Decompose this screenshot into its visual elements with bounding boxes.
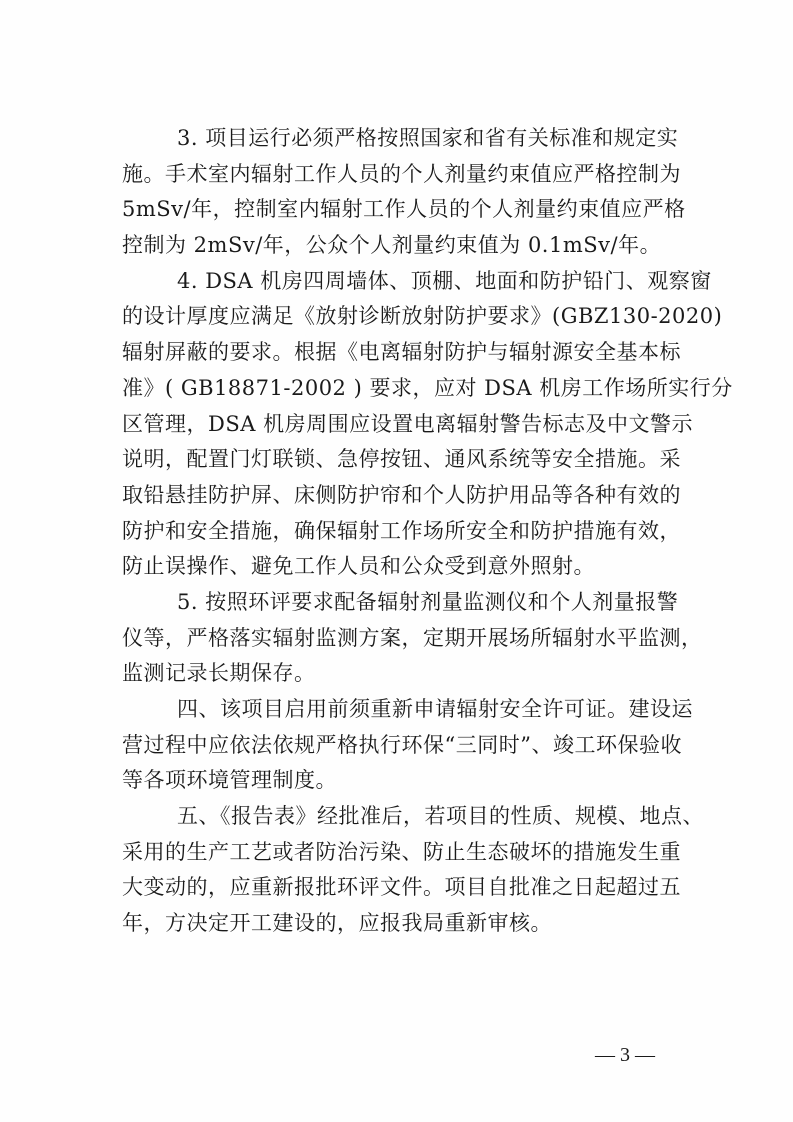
text-line: 仪等，严格落实辐射监测方案，定期开展场所辐射水平监测，	[122, 621, 677, 657]
text-line: 等各项环境管理制度。	[122, 763, 677, 799]
paragraph-section-4: 四、该项目启用前须重新申请辐射安全许可证。建设运 营过程中应依法依规严格执行环保…	[122, 692, 677, 799]
text-line: 3. 项目运行必须严格按照国家和省有关标准和规定实	[122, 121, 677, 157]
text-line: 年，方决定开工建设的，应报我局重新审核。	[122, 906, 677, 942]
text-line: 4. DSA 机房四周墙体、顶棚、地面和防护铅门、观察窗	[122, 264, 677, 300]
text-line: 监测记录长期保存。	[122, 656, 677, 692]
text-line: 四、该项目启用前须重新申请辐射安全许可证。建设运	[122, 692, 677, 728]
text-line: 说明，配置门灯联锁、急停按钮、通风系统等安全措施。采	[122, 442, 677, 478]
text-line: 防止误操作、避免工作人员和公众受到意外照射。	[122, 549, 677, 585]
text-line: 营过程中应依法依规严格执行环保“三同时”、竣工环保验收	[122, 728, 677, 764]
text-line: 的设计厚度应满足《放射诊断放射防护要求》(GBZ130-2020)	[122, 299, 677, 335]
text-line: 5mSv/年，控制室内辐射工作人员的个人剂量约束值应严格	[122, 192, 677, 228]
text-line: 采用的生产工艺或者防治污染、防止生态破坏的措施发生重	[122, 835, 677, 871]
text-line: 辐射屏蔽的要求。根据《电离辐射防护与辐射源安全基本标	[122, 335, 677, 371]
paragraph-item-5: 5. 按照环评要求配备辐射剂量监测仪和个人剂量报警 仪等，严格落实辐射监测方案，…	[122, 585, 677, 692]
paragraph-item-4: 4. DSA 机房四周墙体、顶棚、地面和防护铅门、观察窗 的设计厚度应满足《放射…	[122, 264, 677, 585]
text-line: 大变动的，应重新报批环评文件。项目自批准之日起超过五	[122, 870, 677, 906]
page-number: — 3 —	[585, 1040, 665, 1070]
text-line: 5. 按照环评要求配备辐射剂量监测仪和个人剂量报警	[122, 585, 677, 621]
paragraph-section-5: 五、《报告表》经批准后，若项目的性质、规模、地点、 采用的生产工艺或者防治污染、…	[122, 799, 677, 942]
document-body: 3. 项目运行必须严格按照国家和省有关标准和规定实 施。手术室内辐射工作人员的个…	[122, 121, 677, 942]
text-line: 准》( GB18871-2002 ) 要求，应对 DSA 机房工作场所实行分	[122, 371, 677, 407]
paragraph-item-3: 3. 项目运行必须严格按照国家和省有关标准和规定实 施。手术室内辐射工作人员的个…	[122, 121, 677, 264]
text-line: 区管理，DSA 机房周围应设置电离辐射警告标志及中文警示	[122, 407, 677, 443]
text-line: 施。手术室内辐射工作人员的个人剂量约束值应严格控制为	[122, 157, 677, 193]
text-line: 五、《报告表》经批准后，若项目的性质、规模、地点、	[122, 799, 677, 835]
text-line: 取铅悬挂防护屏、床侧防护帘和个人防护用品等各种有效的	[122, 478, 677, 514]
text-line: 控制为 2mSv/年，公众个人剂量约束值为 0.1mSv/年。	[122, 228, 677, 264]
text-line: 防护和安全措施，确保辐射工作场所安全和防护措施有效，	[122, 514, 677, 550]
document-page: 3. 项目运行必须严格按照国家和省有关标准和规定实 施。手术室内辐射工作人员的个…	[0, 0, 793, 1122]
